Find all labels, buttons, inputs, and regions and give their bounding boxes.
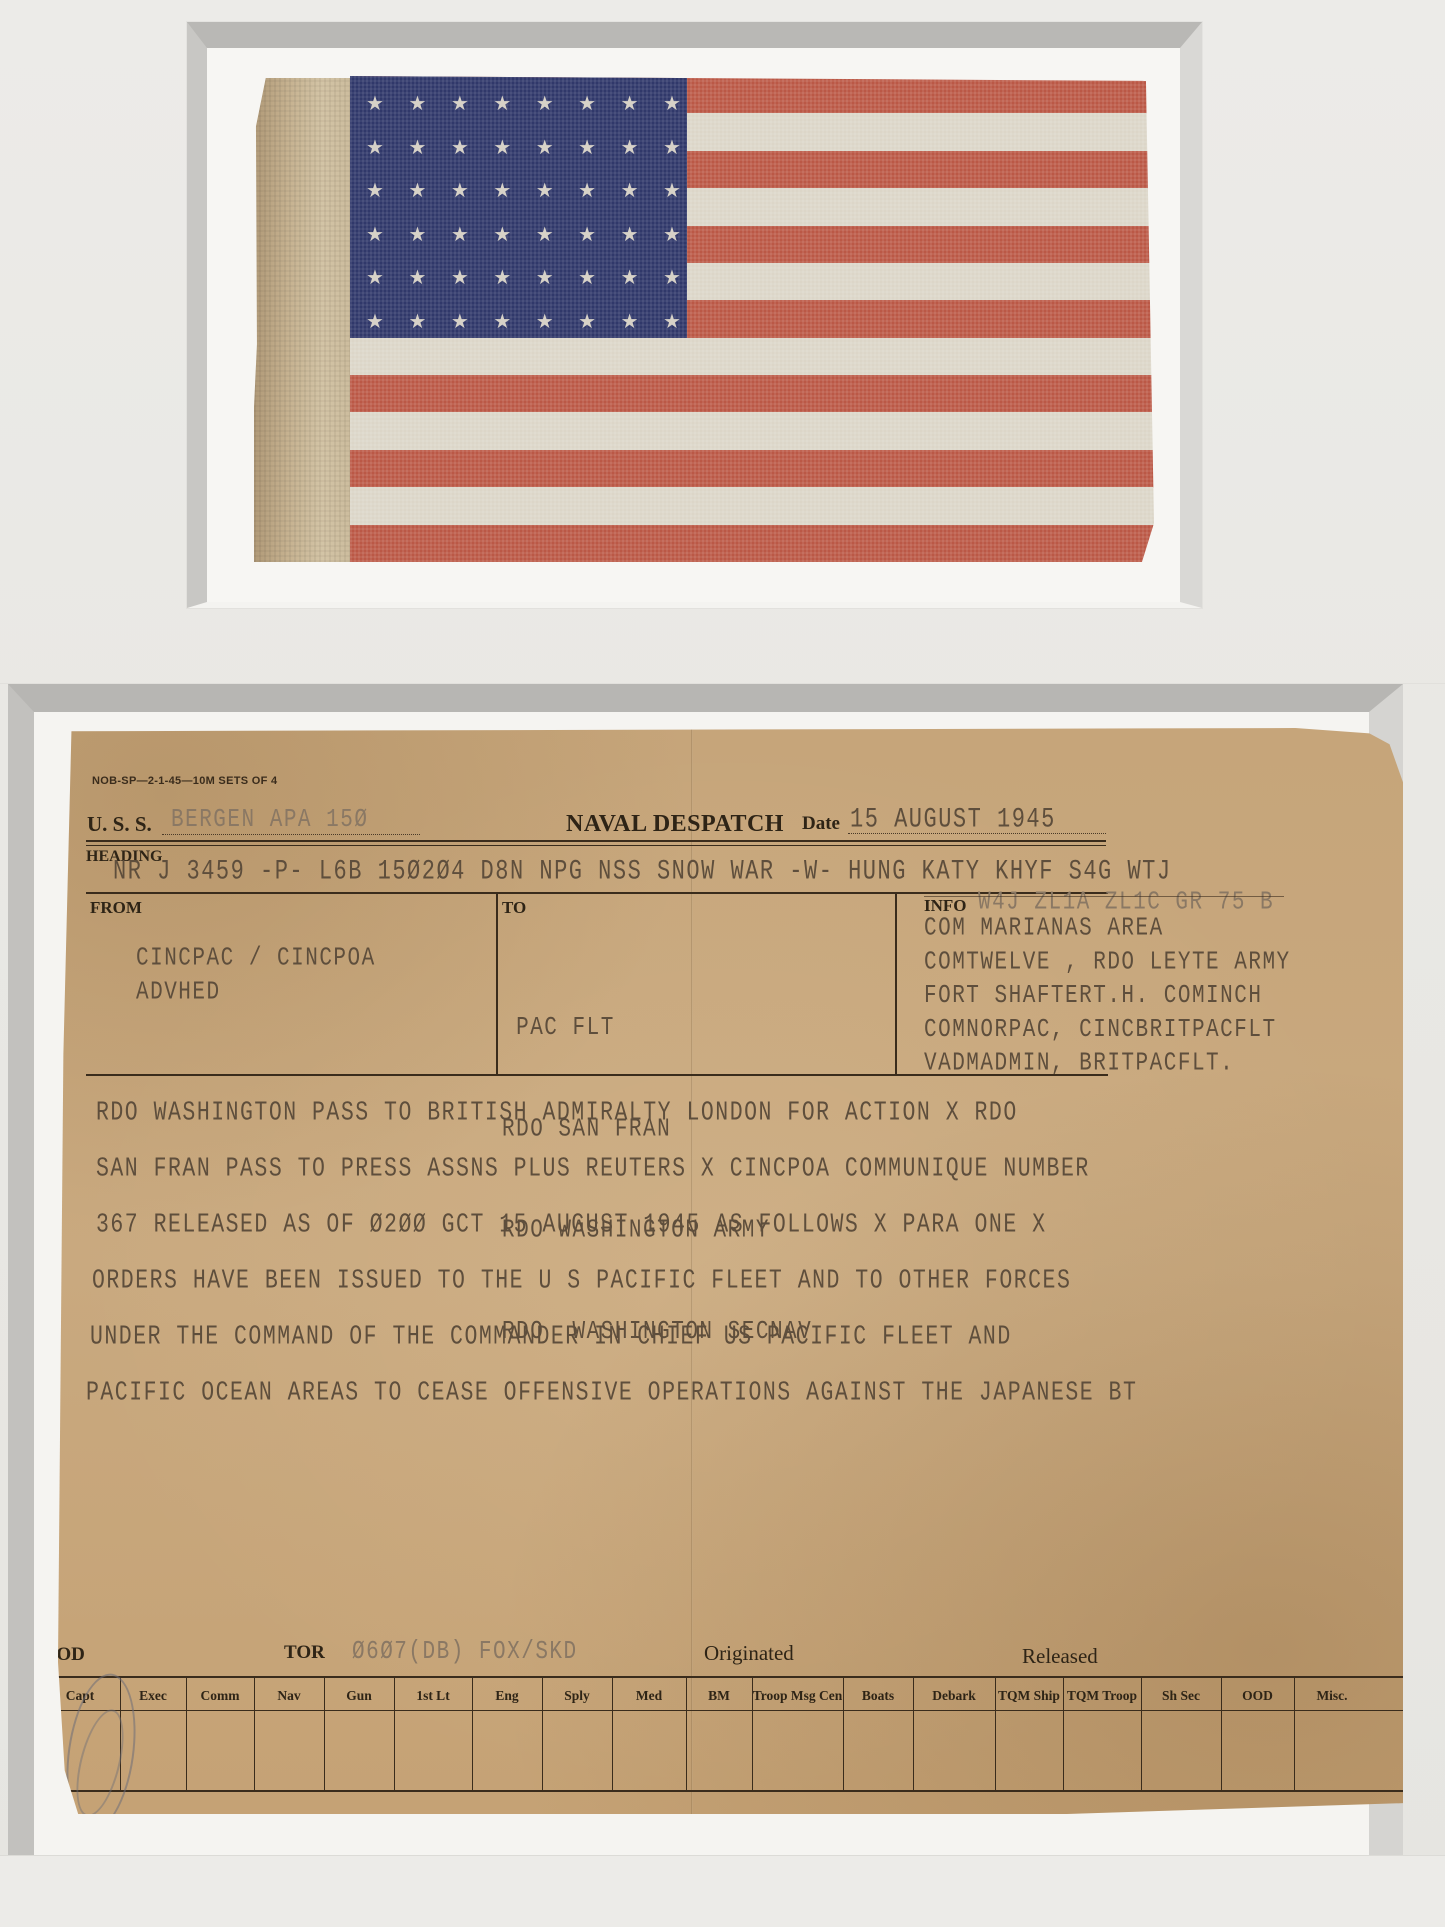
date-label: Date [802, 813, 840, 835]
routing-initial-cell [1221, 1712, 1294, 1790]
from-to-divider [496, 892, 498, 1074]
message-line: RDO WASHINGTON PASS TO BRITISH ADMIRALTY… [96, 1098, 1018, 1128]
routing-column-header: 1st Lt [394, 1680, 472, 1710]
white-stripe [350, 412, 1154, 450]
star-icon: ★ [663, 268, 681, 286]
routing-column-divider [995, 1678, 996, 1790]
routing-initial-cell [186, 1712, 254, 1790]
star-icon: ★ [366, 181, 384, 199]
info-line: COMTWELVE , RDO LEYTE ARMY [924, 946, 1291, 980]
star-icon: ★ [408, 181, 426, 199]
star-icon: ★ [408, 268, 426, 286]
star-icon: ★ [366, 94, 384, 112]
star-icon: ★ [493, 225, 511, 243]
star-icon: ★ [451, 312, 469, 330]
star-icon: ★ [451, 268, 469, 286]
routing-column-header: TQM Troop [1063, 1680, 1141, 1710]
star-icon: ★ [663, 138, 681, 156]
info-addresses: COM MARIANAS AREA COMTWELVE , RDO LEYTE … [924, 912, 1291, 1081]
message-line: UNDER THE COMMAND OF THE COMMANDER IN CH… [90, 1322, 1012, 1352]
routing-column-header: Med [612, 1680, 686, 1710]
document-title: NAVAL DESPATCH [566, 811, 784, 838]
info-line: COMNORPAC, CINCBRITPACFLT [924, 1013, 1291, 1047]
routing-initial-cell [843, 1712, 913, 1790]
message-line: PACIFIC OCEAN AREAS TO CEASE OFFENSIVE O… [86, 1378, 1137, 1408]
red-stripe [350, 375, 1154, 413]
routing-column-header: Troop Msg Cen [752, 1680, 843, 1710]
star-icon: ★ [663, 225, 681, 243]
star-icon: ★ [408, 138, 426, 156]
routing-column-header: Debark [913, 1680, 995, 1710]
message-line: SAN FRAN PASS TO PRESS ASSNS PLUS REUTER… [96, 1154, 1090, 1184]
routing-column-divider [843, 1678, 844, 1790]
to-info-divider [895, 892, 897, 1074]
us-flag-48-star: ★★★★★★★★★★★★★★★★★★★★★★★★★★★★★★★★★★★★★★★★… [254, 76, 1154, 562]
routing-column-divider [612, 1678, 613, 1790]
star-icon: ★ [366, 312, 384, 330]
from-addresses: CINCPAC / CINCPOA ADVHED [136, 942, 376, 1010]
star-icon: ★ [536, 225, 554, 243]
star-icon: ★ [366, 138, 384, 156]
info-strike-rule [924, 896, 1284, 897]
routing-initial-cell [686, 1712, 752, 1790]
flag-field: ★★★★★★★★★★★★★★★★★★★★★★★★★★★★★★★★★★★★★★★★… [350, 76, 1154, 562]
star-icon: ★ [621, 94, 639, 112]
star-icon: ★ [663, 181, 681, 199]
routing-column-divider [1141, 1678, 1142, 1790]
star-icon: ★ [536, 312, 554, 330]
routing-initial-cell [1141, 1712, 1221, 1790]
uss-value: BERGEN APA 15Ø [171, 806, 368, 835]
routing-column-header: Comm [186, 1680, 254, 1710]
routing-column-divider [1063, 1678, 1064, 1790]
routing-column-divider [752, 1678, 753, 1790]
star-icon: ★ [621, 138, 639, 156]
star-icon: ★ [493, 94, 511, 112]
star-icon: ★ [621, 312, 639, 330]
star-icon: ★ [536, 138, 554, 156]
from-line: ADVHED [136, 976, 376, 1010]
routing-column-divider [542, 1678, 543, 1790]
star-icon: ★ [663, 312, 681, 330]
released-label: Released [1022, 1644, 1098, 1669]
routing-initial-cell [254, 1712, 324, 1790]
star-icon: ★ [451, 138, 469, 156]
star-icon: ★ [408, 94, 426, 112]
tor-label: TOR [284, 1642, 325, 1664]
routing-column-header: Eng [472, 1680, 542, 1710]
routing-column-header: BM [686, 1680, 752, 1710]
routing-column-header: Misc. [1294, 1680, 1370, 1710]
star-icon: ★ [578, 181, 596, 199]
star-icon: ★ [451, 181, 469, 199]
from-line: CINCPAC / CINCPOA [136, 942, 376, 976]
uss-label: U. S. S. [87, 812, 152, 837]
routing-column-divider [1221, 1678, 1222, 1790]
star-icon: ★ [578, 312, 596, 330]
routing-column-header: Sply [542, 1680, 612, 1710]
tor-value: Ø6Ø7(DB) FOX/SKD [352, 1638, 578, 1667]
star-icon: ★ [621, 268, 639, 286]
star-icon: ★ [451, 225, 469, 243]
routing-initial-cell [612, 1712, 686, 1790]
star-icon: ★ [536, 181, 554, 199]
routing-column-header: Gun [324, 1680, 394, 1710]
routing-initial-cell [324, 1712, 394, 1790]
routing-header-rule [40, 1710, 1405, 1711]
date-value: 15 AUGUST 1945 [850, 804, 1056, 835]
star-icon: ★ [493, 138, 511, 156]
info-line: COM MARIANAS AREA [924, 912, 1291, 946]
routing-initial-cell [394, 1712, 472, 1790]
star-icon: ★ [493, 181, 511, 199]
star-icon: ★ [536, 94, 554, 112]
routing-column-divider [913, 1678, 914, 1790]
star-icon: ★ [493, 268, 511, 286]
star-icon: ★ [578, 94, 596, 112]
routing-initial-cell [542, 1712, 612, 1790]
info-line: FORT SHAFTERT.H. COMINCH [924, 980, 1291, 1014]
star-icon: ★ [408, 225, 426, 243]
routing-column-header: Nav [254, 1680, 324, 1710]
star-icon: ★ [366, 268, 384, 286]
routing-initial-cell [1294, 1712, 1370, 1790]
message-line: 367 RELEASED AS OF Ø2ØØ GCT 15 AUGUST 19… [96, 1210, 1047, 1240]
routing-column-header: OOD [1221, 1680, 1294, 1710]
routing-column-divider [324, 1678, 325, 1790]
routing-initial-cell [1063, 1712, 1141, 1790]
flag-hoist [254, 78, 352, 562]
star-icon: ★ [621, 225, 639, 243]
star-icon: ★ [366, 225, 384, 243]
address-top-rule [86, 892, 1108, 894]
routing-initial-cell [995, 1712, 1063, 1790]
red-stripe [350, 525, 1154, 563]
naval-despatch-document: NOB-SP—2-1-45—10M SETS OF 4 U. S. S. BER… [58, 728, 1403, 1814]
star-icon: ★ [663, 94, 681, 112]
originated-label: Originated [704, 1641, 794, 1666]
routing-top-rule [40, 1676, 1405, 1678]
routing-initial-cell [752, 1712, 843, 1790]
star-icon: ★ [493, 312, 511, 330]
star-icon: ★ [578, 138, 596, 156]
message-line: ORDERS HAVE BEEN ISSUED TO THE U S PACIF… [92, 1266, 1071, 1296]
to-line: PAC FLT [502, 1012, 812, 1046]
routing-column-divider [686, 1678, 687, 1790]
to-label: TO [502, 898, 526, 918]
routing-column-divider [394, 1678, 395, 1790]
star-icon: ★ [451, 94, 469, 112]
routing-column-divider [1294, 1678, 1295, 1790]
routing-column-divider [254, 1678, 255, 1790]
routing-column-divider [186, 1678, 187, 1790]
from-label: FROM [90, 898, 142, 918]
flag-canton: ★★★★★★★★★★★★★★★★★★★★★★★★★★★★★★★★★★★★★★★★… [350, 76, 687, 338]
header-rule [86, 840, 1106, 842]
routing-initial-cell [913, 1712, 995, 1790]
white-stripe [350, 338, 1154, 376]
star-icon: ★ [578, 225, 596, 243]
heading-value: NR J 3459 -P- L6B 15Ø2Ø4 D8N NPG NSS SNO… [113, 856, 1172, 887]
red-stripe [350, 450, 1154, 488]
routing-column-header: TQM Ship [995, 1680, 1063, 1710]
star-icon: ★ [578, 268, 596, 286]
routing-bottom-rule [40, 1790, 1405, 1792]
star-icon: ★ [621, 181, 639, 199]
star-icon: ★ [536, 268, 554, 286]
wall-mat [0, 1855, 1445, 1927]
header-rule-thin [86, 845, 1106, 846]
white-stripe [350, 487, 1154, 525]
routing-initial-cell [472, 1712, 542, 1790]
routing-column-divider [472, 1678, 473, 1790]
routing-column-header: Boats [843, 1680, 913, 1710]
star-icon: ★ [408, 312, 426, 330]
routing-column-header: Sh Sec [1141, 1680, 1221, 1710]
info-line: VADMADMIN, BRITPACFLT. [924, 1047, 1291, 1081]
form-code: NOB-SP—2-1-45—10M SETS OF 4 [92, 775, 277, 787]
